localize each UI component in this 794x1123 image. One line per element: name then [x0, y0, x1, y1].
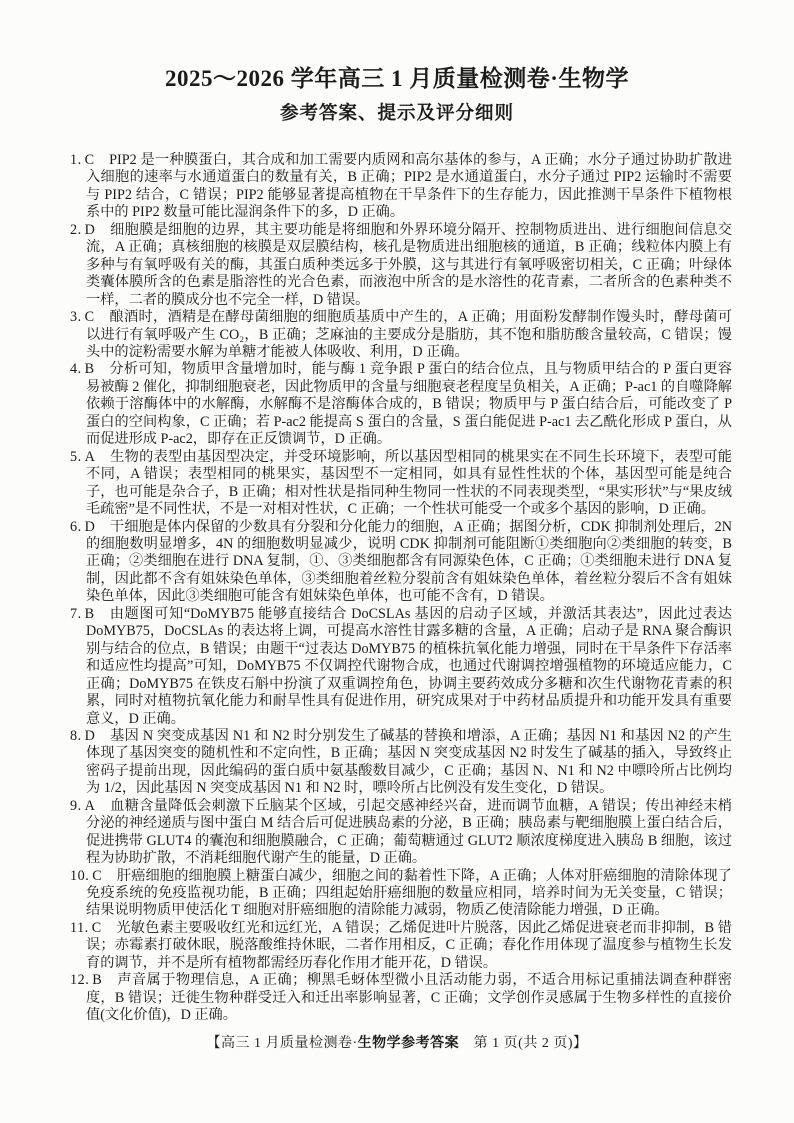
item-explanation: 光敏色素主要吸收红光和远红光，A 错误；乙烯促进叶片脱落，因此乙烯促进衰老而非抑… [86, 920, 732, 971]
item-explanation: 血糖含量降低会刺激下丘脑某个区域，引起交感神经兴奋，进而调节血糖，A 错误；传出… [86, 798, 732, 866]
footer-prefix: 【高三 1 月质量检测卷· [207, 1036, 358, 1051]
item-answer: C [92, 920, 101, 936]
item-answer: C [85, 152, 94, 168]
footer-page-number: 第 1 页(共 2 页)】 [459, 1036, 587, 1051]
item-answer: A [85, 449, 95, 465]
item-number: 5. [70, 449, 82, 465]
page-footer: 【高三 1 月质量检测卷·生物学参考答案 第 1 页(共 2 页)】 [0, 1034, 794, 1054]
item-number: 4. [70, 361, 82, 377]
item-explanation: 酿酒时，酒精是在酵母菌细胞的细胞质基质中产生的，A 正确；用面粉发酵制作馒头时，… [86, 309, 732, 360]
item-explanation: 肝癌细胞的细胞膜上糖蛋白减少，细胞之间的黏着性下降，A 正确；人体对肝癌细胞的清… [86, 868, 732, 919]
answer-item: 9.A血糖含量降低会刺激下丘脑某个区域，引起交感神经兴奋，进而调节血糖，A 错误… [70, 798, 732, 868]
item-explanation: 声音属于物理信息，A 正确；柳黑毛蚜体型微小且活动能力弱，不适合用标记重捕法调查… [86, 972, 732, 1023]
item-explanation: 干细胞是体内保留的少数具有分裂和分化能力的细胞，A 正确；据图分析，CDK 抑制… [86, 519, 732, 605]
answer-item: 11.C光敏色素主要吸收红光和远红光，A 错误；乙烯促进叶片脱落，因此乙烯促进衰… [70, 920, 732, 972]
item-answer: C [85, 309, 94, 325]
item-explanation: 基因 N 突变成基因 N1 和 N2 时分别发生了碱基的替换和增添，A 正确；基… [86, 728, 732, 796]
item-explanation: 由题图可知“DoMYB75 能够直接结合 DoCSLAs 基因的启动子区域，并激… [86, 606, 732, 727]
exam-answer-page: 2025～2026 学年高三 1 月质量检测卷·生物学 参考答案、提示及评分细则… [0, 0, 794, 1123]
item-number: 10. [70, 868, 89, 884]
item-number: 7. [70, 606, 82, 622]
item-explanation: 分析可知，物质甲含量增加时，能与酶 1 竞争跟 P 蛋白的结合位点，且与物质甲结… [86, 361, 732, 447]
item-explanation: 生物的表型由基因型决定，并受环境影响，所以基因型相同的桃果实在不同生长环境下，表… [86, 449, 732, 517]
answer-list: 1.CPIP2 是一种膜蛋白，其合成和加工需要内质网和高尔基体的参与，A 正确；… [0, 152, 794, 1025]
answer-item: 8.D基因 N 突变成基因 N1 和 N2 时分别发生了碱基的替换和增添，A 正… [70, 728, 732, 798]
item-explanation: 细胞膜是细胞的边界，其主要功能是将细胞和外界环境分隔开、控制物质进出、进行细胞间… [86, 222, 732, 308]
item-number: 6. [70, 519, 82, 535]
item-explanation: PIP2 是一种膜蛋白，其合成和加工需要内质网和高尔基体的参与，A 正确；水分子… [86, 152, 732, 220]
answer-item: 10.C肝癌细胞的细胞膜上糖蛋白减少，细胞之间的黏着性下降，A 正确；人体对肝癌… [70, 868, 732, 920]
item-number: 12. [70, 972, 89, 988]
answer-item: 6.D干细胞是体内保留的少数具有分裂和分化能力的细胞，A 正确；据图分析，CDK… [70, 519, 732, 606]
item-answer: D [85, 519, 95, 535]
item-answer: B [92, 972, 101, 988]
item-number: 9. [70, 798, 82, 814]
item-number: 8. [70, 728, 82, 744]
answer-item: 5.A生物的表型由基因型决定，并受环境影响，所以基因型相同的桃果实在不同生长环境… [70, 449, 732, 519]
answer-item: 3.C酿酒时，酒精是在酵母菌细胞的细胞质基质中产生的，A 正确；用面粉发酵制作馒… [70, 309, 732, 361]
answer-item: 1.CPIP2 是一种膜蛋白，其合成和加工需要内质网和高尔基体的参与，A 正确；… [70, 152, 732, 222]
answer-item: 7.B由题图可知“DoMYB75 能够直接结合 DoCSLAs 基因的启动子区域… [70, 606, 732, 728]
answer-item: 4.B分析可知，物质甲含量增加时，能与酶 1 竞争跟 P 蛋白的结合位点，且与物… [70, 361, 732, 448]
item-answer: C [92, 868, 101, 884]
item-answer: B [85, 606, 94, 622]
answer-item: 12.B声音属于物理信息，A 正确；柳黑毛蚜体型微小且活动能力弱，不适合用标记重… [70, 972, 732, 1024]
item-answer: B [85, 361, 94, 377]
footer-title: 生物学参考答案 [358, 1036, 460, 1051]
item-answer: D [85, 728, 95, 744]
item-number: 3. [70, 309, 82, 325]
item-answer: A [85, 798, 95, 814]
page-header: 2025～2026 学年高三 1 月质量检测卷·生物学 参考答案、提示及评分细则 [0, 0, 794, 128]
answer-item: 2.D细胞膜是细胞的边界，其主要功能是将细胞和外界环境分隔开、控制物质进出、进行… [70, 222, 732, 309]
item-answer: D [85, 222, 95, 238]
item-number: 2. [70, 222, 82, 238]
page-subtitle: 参考答案、提示及评分细则 [0, 100, 794, 128]
page-title: 2025～2026 学年高三 1 月质量检测卷·生物学 [0, 62, 794, 96]
item-number: 11. [70, 920, 89, 936]
item-number: 1. [70, 152, 82, 168]
